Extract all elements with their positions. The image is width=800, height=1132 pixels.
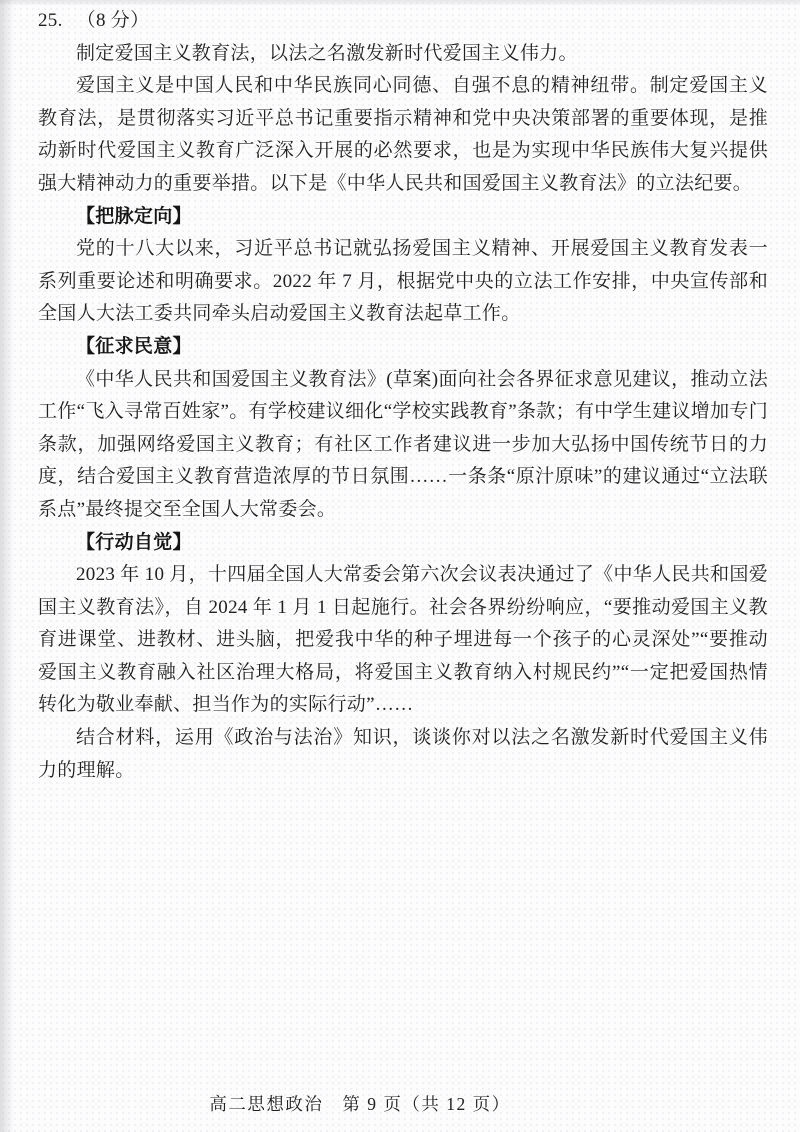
section-heading-xingdong-zijue: 【行动自觉】: [38, 527, 768, 560]
section-heading-bamai-dingxiang: 【把脉定向】: [38, 201, 768, 234]
task-paragraph: 结合材料，运用《政治与法治》知识，谈谈你对以法之名激发新时代爱国主义伟力的理解。: [38, 722, 768, 787]
question-number: 25.: [38, 10, 63, 31]
intro-paragraph: 爱国主义是中国人民和中华民族同心同德、自强不息的精神纽带。制定爱国主义教育法，是…: [38, 70, 768, 200]
section-paragraph-xingdong-zijue: 2023 年 10 月，十四届全国人大常委会第六次会议表决通过了《中华人民共和国…: [38, 559, 768, 722]
question-points: （8 分）: [77, 10, 150, 31]
exam-page: 25.（8 分） 制定爱国主义教育法，以法之名激发新时代爱国主义伟力。 爱国主义…: [0, 0, 800, 1132]
section-paragraph-zhengqiu-minyi: 《中华人民共和国爱国主义教育法》(草案)面向社会各界征求意见建议，推动立法工作“…: [38, 364, 768, 527]
section-heading-zhengqiu-minyi: 【征求民意】: [38, 331, 768, 364]
section-paragraph-bamai-dingxiang: 党的十八大以来，习近平总书记就弘扬爱国主义精神、开展爱国主义教育发表一系列重要论…: [38, 233, 768, 331]
material-subtitle: 制定爱国主义教育法，以法之名激发新时代爱国主义伟力。: [38, 38, 768, 71]
question-header: 25.（8 分）: [38, 5, 768, 38]
page-footer: 高二思想政治 第 9 页（共 12 页）: [0, 1091, 760, 1116]
